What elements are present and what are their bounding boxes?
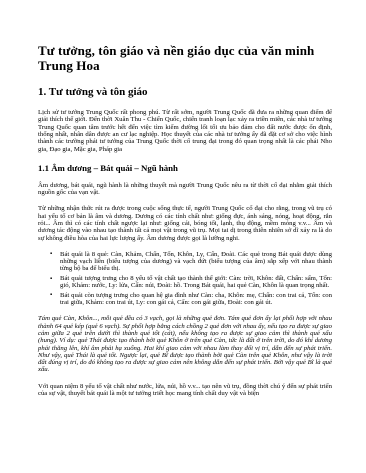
bat-quai-bullet-list: ▪ Bát quái là 8 quẻ: Càn, Khảm, Chấn, Tố… bbox=[38, 251, 332, 306]
list-item-text: Bát quái còn tượng trưng cho quan hệ gia… bbox=[60, 292, 332, 306]
list-item: ▪ Bát quái là 8 quẻ: Càn, Khảm, Chấn, Tố… bbox=[50, 251, 332, 273]
subsection-1-1-paragraph-2: Từ những nhận thức rút ra được trong cuộ… bbox=[38, 205, 332, 241]
square-bullet-icon: ▪ bbox=[50, 292, 52, 299]
subsection-1-1-paragraph-1: Âm dương, bát quái, ngũ hành là những th… bbox=[38, 182, 332, 197]
page-title: Tư tưởng, tôn giáo và nền giáo dục của v… bbox=[38, 44, 332, 73]
list-item-text: Bát quái là 8 quẻ: Càn, Khảm, Chấn, Tốn,… bbox=[60, 251, 332, 272]
section-1-intro-paragraph: Lịch sử tư tưởng Trung Quốc rất phong ph… bbox=[38, 109, 332, 153]
list-item-text: Bát quái tượng trưng cho 8 yếu tố vật ch… bbox=[60, 275, 332, 289]
list-item: ▪ Bát quái còn tượng trưng cho quan hệ g… bbox=[50, 292, 332, 306]
list-item: ▪ Bát quái tượng trưng cho 8 yếu tố vật … bbox=[50, 275, 332, 289]
subsection-1-1-heading: 1.1 Âm dương – Bát quái – Ngũ hành bbox=[38, 163, 332, 173]
section-1-heading: 1. Tư tưởng và tôn giáo bbox=[38, 86, 332, 98]
square-bullet-icon: ▪ bbox=[50, 276, 52, 283]
square-bullet-icon: ▪ bbox=[50, 251, 52, 258]
document-page: Tư tưởng, tôn giáo và nền giáo dục của v… bbox=[0, 0, 366, 473]
subsection-1-1-paragraph-3-italic: Tám quẻ Càn, Khôn..., mỗi quẻ đều có 3 v… bbox=[38, 315, 332, 373]
subsection-1-1-paragraph-4: Với quan niệm 8 yếu tố vật chất như nước… bbox=[38, 383, 332, 398]
